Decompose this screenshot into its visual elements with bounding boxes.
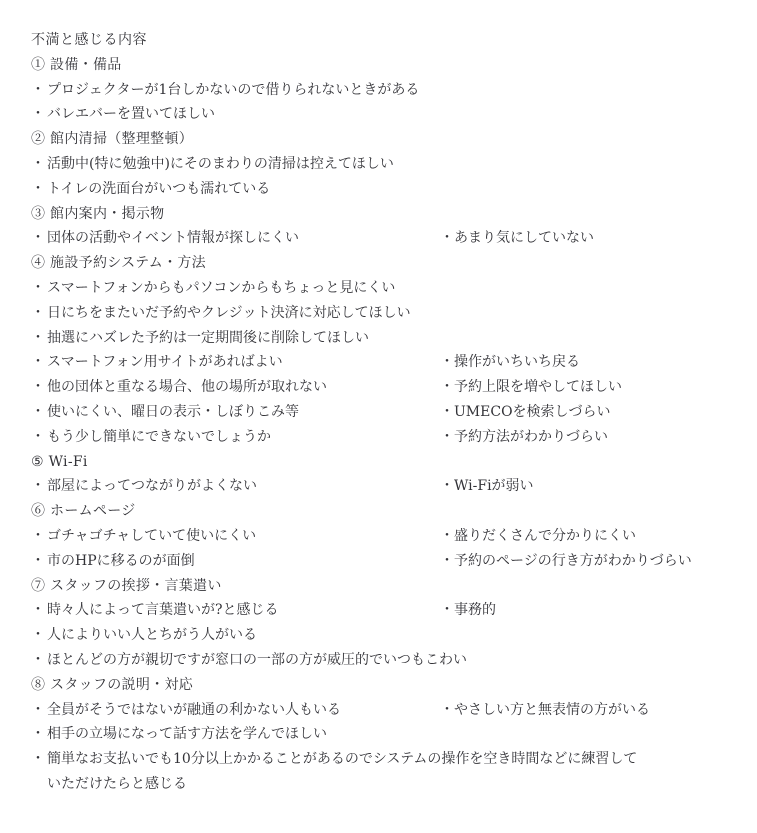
section-heading-cleaning: ② 館内清掃（整理整頓） bbox=[0, 127, 757, 152]
list-item: ・部屋によってつながりがよくない ・Wi-Fiが弱い bbox=[0, 474, 757, 499]
list-item-right: ・UMECOを検索しづらい bbox=[440, 400, 611, 425]
bullet-icon: ・ bbox=[31, 623, 47, 648]
bullet-icon: ・ bbox=[31, 648, 47, 673]
bullet-icon: ・ bbox=[31, 301, 47, 326]
list-item: ・スマートフォンからもパソコンからもちょっと見にくい bbox=[0, 276, 757, 301]
list-item: ・抽選にハズレた予約は一定期間後に削除してほしい bbox=[0, 326, 757, 351]
list-item: ・もう少し簡単にできないでしょうか ・予約方法がわかりづらい bbox=[0, 425, 757, 450]
list-item-right: ・事務的 bbox=[440, 598, 496, 623]
list-item-text: バレエバーを置いてほしい bbox=[47, 106, 215, 122]
bullet-icon: ・ bbox=[440, 230, 454, 246]
list-item-text: 日にちをまたいだ予約やクレジット決済に対応してほしい bbox=[47, 305, 411, 321]
bullet-icon: ・ bbox=[31, 425, 47, 450]
bullet-icon: ・ bbox=[31, 226, 47, 251]
list-item: ・全員がそうではないが融通の利かない人もいる ・やさしい方と無表情の方がいる bbox=[0, 698, 757, 723]
bullet-icon: ・ bbox=[440, 702, 454, 718]
list-item-text: 他の団体と重なる場合、他の場所が取れない bbox=[47, 379, 327, 395]
list-item-text: 予約上限を増やしてほしい bbox=[454, 379, 622, 395]
list-item-text: スマートフォンからもパソコンからもちょっと見にくい bbox=[47, 280, 395, 296]
bullet-icon: ・ bbox=[31, 474, 47, 499]
list-item-text: 予約のページの行き方がわかりづらい bbox=[454, 553, 692, 569]
list-item: ・ゴチャゴチャしていて使いにくい ・盛りだくさんで分かりにくい bbox=[0, 524, 757, 549]
section-heading-staff-greeting: ⑦ スタッフの挨拶・言葉遣い bbox=[0, 574, 757, 599]
list-item-text: 操作がいちいち戻る bbox=[454, 354, 580, 370]
bullet-icon: ・ bbox=[31, 722, 47, 747]
list-item-text: 市のHPに移るのが面倒 bbox=[47, 553, 195, 569]
list-item-right: ・予約方法がわかりづらい bbox=[440, 425, 608, 450]
bullet-icon: ・ bbox=[31, 78, 47, 103]
list-item-text: やさしい方と無表情の方がいる bbox=[454, 702, 650, 718]
list-item: ・バレエバーを置いてほしい bbox=[0, 102, 757, 127]
list-item-text: 時々人によって言葉遣いが?と感じる bbox=[47, 602, 279, 618]
list-item: ・活動中(特に勉強中)にそのまわりの清掃は控えてほしい bbox=[0, 152, 757, 177]
list-item: ・団体の活動やイベント情報が探しにくい ・あまり気にしていない bbox=[0, 226, 757, 251]
bullet-icon: ・ bbox=[440, 553, 454, 569]
bullet-icon: ・ bbox=[31, 350, 47, 375]
list-item-text: 予約方法がわかりづらい bbox=[454, 429, 608, 445]
list-item: ・使いにくい、曜日の表示・しぼりこみ等 ・UMECOを検索しづらい bbox=[0, 400, 757, 425]
bullet-icon: ・ bbox=[31, 276, 47, 301]
list-item: ・ほとんどの方が親切ですが窓口の一部の方が威圧的でいつもこわい bbox=[0, 648, 757, 673]
list-item-text: 全員がそうではないが融通の利かない人もいる bbox=[47, 702, 341, 718]
bullet-icon: ・ bbox=[440, 478, 454, 494]
list-item-text: 事務的 bbox=[454, 602, 496, 618]
list-item: ・時々人によって言葉遣いが?と感じる ・事務的 bbox=[0, 598, 757, 623]
section-heading-signage: ③ 館内案内・掲示物 bbox=[0, 202, 757, 227]
list-item-text: 使いにくい、曜日の表示・しぼりこみ等 bbox=[47, 404, 299, 420]
bullet-icon: ・ bbox=[31, 400, 47, 425]
list-item-text: 盛りだくさんで分かりにくい bbox=[454, 528, 636, 544]
bullet-icon: ・ bbox=[440, 429, 454, 445]
list-item: ・プロジェクターが1台しかないので借りられないときがある bbox=[0, 78, 757, 103]
list-item-text: 相手の立場になって話す方法を学んでほしい bbox=[47, 726, 327, 742]
list-item-text: トイレの洗面台がいつも濡れている bbox=[47, 181, 270, 197]
bullet-icon: ・ bbox=[31, 524, 47, 549]
section-heading-equipment: ① 設備・備品 bbox=[0, 53, 757, 78]
bullet-icon: ・ bbox=[440, 379, 454, 395]
bullet-icon: ・ bbox=[31, 747, 47, 772]
list-item-text: いただけたらと感じる bbox=[47, 776, 187, 792]
list-item: ・人によりいい人とちがう人がいる bbox=[0, 623, 757, 648]
list-item-text: あまり気にしていない bbox=[454, 230, 594, 246]
list-item-right: ・あまり気にしていない bbox=[440, 226, 594, 251]
section-heading-homepage: ⑥ ホームページ bbox=[0, 499, 757, 524]
list-item-text: 活動中(特に勉強中)にそのまわりの清掃は控えてほしい bbox=[47, 156, 394, 172]
list-item-right: ・操作がいちいち戻る bbox=[440, 350, 580, 375]
list-item: ・日にちをまたいだ予約やクレジット決済に対応してほしい bbox=[0, 301, 757, 326]
bullet-icon: ・ bbox=[440, 602, 454, 618]
list-item-right: ・やさしい方と無表情の方がいる bbox=[440, 698, 650, 723]
section-heading-staff-response: ⑧ スタッフの説明・対応 bbox=[0, 673, 757, 698]
bullet-icon: ・ bbox=[31, 102, 47, 127]
list-item-text: 抽選にハズレた予約は一定期間後に削除してほしい bbox=[47, 330, 369, 346]
bullet-icon: ・ bbox=[31, 698, 47, 723]
bullet-icon: ・ bbox=[31, 375, 47, 400]
bullet-icon: ・ bbox=[31, 326, 47, 351]
list-item: ・相手の立場になって話す方法を学んでほしい bbox=[0, 722, 757, 747]
bullet-icon: ・ bbox=[440, 354, 454, 370]
list-item-text: ゴチャゴチャしていて使いにくい bbox=[47, 528, 256, 544]
bullet-icon: ・ bbox=[31, 549, 47, 574]
list-item-text: Wi-Fiが弱い bbox=[454, 478, 534, 494]
list-item: ・他の団体と重なる場合、他の場所が取れない ・予約上限を増やしてほしい bbox=[0, 375, 757, 400]
bullet-icon: ・ bbox=[31, 177, 47, 202]
document-page: 不満と感じる内容 ① 設備・備品 ・プロジェクターが1台しかないので借りられない… bbox=[0, 0, 757, 833]
list-item-text: 人によりいい人とちがう人がいる bbox=[47, 627, 257, 643]
bullet-icon: ・ bbox=[440, 404, 454, 420]
bullet-icon: ・ bbox=[31, 152, 47, 177]
list-item-text: 部屋によってつながりがよくない bbox=[47, 478, 257, 494]
list-item: ・トイレの洗面台がいつも濡れている bbox=[0, 177, 757, 202]
list-item: ・スマートフォン用サイトがあればよい ・操作がいちいち戻る bbox=[0, 350, 757, 375]
list-item-text: UMECOを検索しづらい bbox=[454, 404, 611, 420]
bullet-icon: ・ bbox=[440, 528, 454, 544]
list-item-text: もう少し簡単にできないでしょうか bbox=[47, 429, 271, 445]
list-item-text: 簡単なお支払いでも10分以上かかることがあるのでシステムの操作を空き時間などに練… bbox=[47, 751, 637, 767]
section-heading-reservation: ④ 施設予約システム・方法 bbox=[0, 251, 757, 276]
list-item: ・市のHPに移るのが面倒 ・予約のページの行き方がわかりづらい bbox=[0, 549, 757, 574]
section-heading-wifi: ⑤ Wi-Fi bbox=[0, 450, 757, 475]
list-item-text: ほとんどの方が親切ですが窓口の一部の方が威圧的でいつもこわい bbox=[47, 652, 467, 668]
list-item-text: プロジェクターが1台しかないので借りられないときがある bbox=[47, 82, 419, 98]
list-item: ・簡単なお支払いでも10分以上かかることがあるのでシステムの操作を空き時間などに… bbox=[0, 747, 757, 772]
list-item-right: ・Wi-Fiが弱い bbox=[440, 474, 534, 499]
list-item-text: スマートフォン用サイトがあればよい bbox=[47, 354, 283, 370]
page-title: 不満と感じる内容 bbox=[0, 28, 757, 53]
list-item-right: ・予約上限を増やしてほしい bbox=[440, 375, 622, 400]
list-item-right: ・盛りだくさんで分かりにくい bbox=[440, 524, 636, 549]
bullet-icon: ・ bbox=[31, 598, 47, 623]
list-item-continuation: いただけたらと感じる bbox=[0, 772, 757, 797]
list-item-text: 団体の活動やイベント情報が探しにくい bbox=[47, 230, 299, 246]
list-item-right: ・予約のページの行き方がわかりづらい bbox=[440, 549, 692, 574]
